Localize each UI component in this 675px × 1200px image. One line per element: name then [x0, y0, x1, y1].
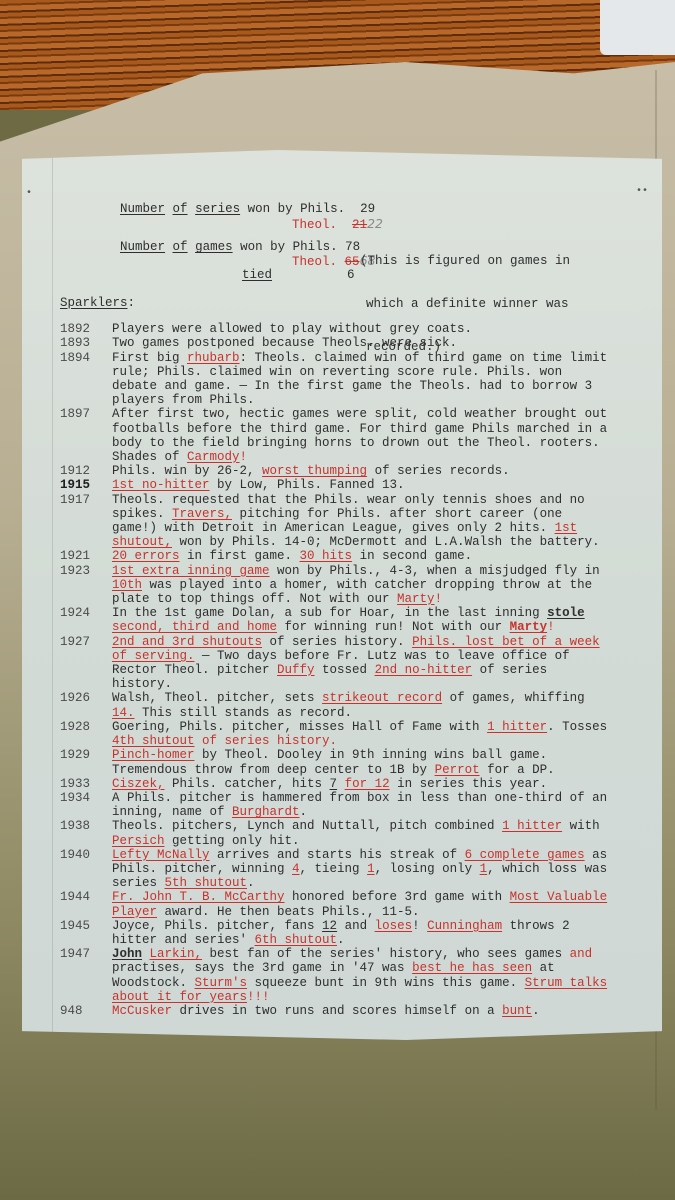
text-run: of games, whiffing — [442, 691, 585, 705]
highlighted-phrase: !!! — [247, 990, 270, 1004]
sparkler-entry: 1947John Larkin, best fan of the series'… — [60, 947, 650, 1004]
entry-year: 1926 — [60, 691, 112, 719]
entry-year: 1947 — [60, 947, 112, 1004]
text-run: . — [532, 1004, 540, 1018]
sparklers-title: Sparklers — [60, 296, 128, 310]
document-content: Number of series won by Phils. 29 Theol.… — [60, 180, 650, 1018]
text-run: practises, says the 3rd game in '47 was — [112, 961, 412, 975]
summary-block: Number of series won by Phils. 29 Theol.… — [60, 180, 650, 290]
sparkler-entry: 1929Pinch-homer by Theol. Dooley in 9th … — [60, 748, 650, 776]
entry-text: In the 1st game Dolan, a sub for Hoar, i… — [112, 606, 612, 634]
entry-year: 1915 — [60, 478, 112, 492]
entry-year: 948 — [60, 1004, 112, 1018]
highlighted-phrase: Travers, — [172, 507, 232, 521]
text-run: in second game. — [352, 549, 472, 563]
highlighted-phrase: Marty — [510, 620, 548, 634]
text-run: and — [337, 919, 375, 933]
highlighted-phrase: Cunningham — [427, 919, 502, 933]
entry-text: 1st extra inning game won by Phils., 4-3… — [112, 564, 612, 607]
highlighted-phrase: 2nd and 3rd shutouts — [112, 635, 262, 649]
text-run: with — [562, 819, 600, 833]
entry-year: 1945 — [60, 919, 112, 947]
sparkler-entry: 19272nd and 3rd shutouts of series histo… — [60, 635, 650, 692]
entry-text: Ciszek, Phils. catcher, hits 7 for 12 in… — [112, 777, 612, 791]
highlighted-phrase: loses — [375, 919, 413, 933]
sparkler-entry: 1940Lefty McNally arrives and starts his… — [60, 848, 650, 891]
entry-text: Theols. pitchers, Lynch and Nuttall, pit… — [112, 819, 612, 847]
entry-text: Lefty McNally arrives and starts his str… — [112, 848, 612, 891]
note-line: which a definite winner was — [360, 297, 570, 311]
entry-year: 1897 — [60, 407, 112, 464]
tied-line: tied 6 — [182, 254, 355, 297]
highlighted-phrase: 6th shutout — [255, 933, 338, 947]
entry-text: After first two, hectic games were split… — [112, 407, 612, 464]
games-note: (This is figured on games in which a def… — [360, 226, 570, 382]
highlighted-phrase: Duffy — [277, 663, 315, 677]
text-run: Walsh, Theol. pitcher, sets — [112, 691, 322, 705]
typed-document-sheet: • •• Number of series won by Phils. 29 T… — [22, 150, 662, 1040]
text-run: . — [300, 805, 308, 819]
highlighted-phrase: 1st extra inning game — [112, 564, 270, 578]
text-run: Phils. win by 26-2, — [112, 464, 262, 478]
highlighted-phrase: Fr. John T. B. McCarthy — [112, 890, 285, 904]
highlighted-phrase: 10th — [112, 578, 142, 592]
entry-year: 1927 — [60, 635, 112, 692]
sparklers-list: 1892Players were allowed to play without… — [60, 322, 650, 1018]
entry-year: 1921 — [60, 549, 112, 563]
text-run: getting only hit. — [165, 834, 300, 848]
text-run — [142, 947, 150, 961]
highlighted-phrase: ! — [240, 450, 248, 464]
entry-year: 1924 — [60, 606, 112, 634]
text-run: squeeze bunt in 9th wins this game. — [247, 976, 525, 990]
text-run: , losing only — [375, 862, 480, 876]
highlighted-phrase: Ciszek, — [112, 777, 165, 791]
text-run: Goering, Phils. pitcher, misses Hall of … — [112, 720, 487, 734]
entry-text: 2nd and 3rd shutouts of series history. … — [112, 635, 612, 692]
sparkler-entry: 1934A Phils. pitcher is hammered from bo… — [60, 791, 650, 819]
entry-text: Fr. John T. B. McCarthy honored before 3… — [112, 890, 612, 918]
sparkler-entry: 1928Goering, Phils. pitcher, misses Hall… — [60, 720, 650, 748]
highlighted-phrase: 20 errors — [112, 549, 180, 563]
entry-year: 1892 — [60, 322, 112, 336]
entry-year: 1944 — [60, 890, 112, 918]
highlighted-phrase: ! — [435, 592, 443, 606]
sparkler-entry: 19231st extra inning game won by Phils.,… — [60, 564, 650, 607]
sparkler-entry: 1912Phils. win by 26-2, worst thumping o… — [60, 464, 650, 478]
highlighted-phrase: ! — [547, 620, 555, 634]
entry-year: 1940 — [60, 848, 112, 891]
highlighted-phrase: and — [570, 947, 593, 961]
text-run: 7 — [330, 777, 338, 791]
entry-text: 1st no-hitter by Low, Phils. Fanned 13. — [112, 478, 612, 492]
sparkler-entry: 1933Ciszek, Phils. catcher, hits 7 for 1… — [60, 777, 650, 791]
entry-year: 1929 — [60, 748, 112, 776]
text-run: A Phils. pitcher is hammered from box in… — [112, 791, 607, 819]
highlighted-phrase: bunt — [502, 1004, 532, 1018]
text-run: award. He then beats Phils., 11-5. — [157, 905, 420, 919]
text-run: tossed — [315, 663, 375, 677]
highlighted-phrase: Marty — [397, 592, 435, 606]
highlighted-phrase: worst thumping — [262, 464, 367, 478]
text-run: best fan of the series' history, who see… — [202, 947, 570, 961]
highlighted-phrase: 4 — [292, 862, 300, 876]
text-run: of series history. — [262, 635, 412, 649]
highlighted-phrase: strikeout record — [322, 691, 442, 705]
games-label-word: Number — [120, 240, 165, 254]
highlighted-phrase: Burghardt — [232, 805, 300, 819]
highlighted-phrase: Sturm's — [195, 976, 248, 990]
highlighted-phrase: of series history. — [195, 734, 338, 748]
entry-text: Joyce, Phils. pitcher, fans 12 and loses… — [112, 919, 612, 947]
text-run: Theols. pitchers, Lynch and Nuttall, pit… — [112, 819, 502, 833]
text-run: In the 1st game Dolan, a sub for Hoar, i… — [112, 606, 547, 620]
sparkler-entry: 1938Theols. pitchers, Lynch and Nuttall,… — [60, 819, 650, 847]
sparkler-entry: 1926Walsh, Theol. pitcher, sets strikeou… — [60, 691, 650, 719]
text-run: was played into a homer, with catcher dr… — [112, 578, 592, 606]
text-run: won by Phils., 4-3, when a misjudged fly… — [270, 564, 600, 578]
sparkler-entry: 1897After first two, hectic games were s… — [60, 407, 650, 464]
desk-paper-corner — [600, 0, 675, 55]
text-run — [337, 777, 345, 791]
entry-year: 1893 — [60, 336, 112, 350]
sparkler-entry: 1917Theols. requested that the Phils. we… — [60, 493, 650, 550]
highlighted-phrase: rhubarb — [187, 351, 240, 365]
text-run: honored before 3rd game with — [285, 890, 510, 904]
text-run: First big — [112, 351, 187, 365]
highlighted-phrase: Larkin, — [150, 947, 203, 961]
entry-year: 1917 — [60, 493, 112, 550]
text-run: This still stands as record. — [135, 706, 353, 720]
sparkler-entry: 948McCusker drives in two runs and score… — [60, 1004, 650, 1018]
paper-mark: • — [26, 188, 32, 199]
highlighted-phrase: 4th shutout — [112, 734, 195, 748]
series-label-word: Number — [120, 202, 165, 216]
entry-year: 1933 — [60, 777, 112, 791]
text-run: for winning run! Not with our — [277, 620, 510, 634]
highlighted-phrase: McCusker — [112, 1004, 172, 1018]
paper-crease — [52, 150, 53, 1040]
note-line: recorded.) — [360, 340, 570, 354]
text-run: 12 — [322, 919, 337, 933]
entry-year: 1934 — [60, 791, 112, 819]
highlighted-phrase: 30 hits — [300, 549, 353, 563]
highlighted-phrase: Lefty McNally — [112, 848, 210, 862]
entry-text: Pinch-homer by Theol. Dooley in 9th inni… — [112, 748, 612, 776]
entry-year: 1912 — [60, 464, 112, 478]
highlighted-phrase: 14. — [112, 706, 135, 720]
games-label-word: games — [195, 240, 233, 254]
text-run: arrives and starts his streak of — [210, 848, 465, 862]
games-label-word: of — [173, 240, 188, 254]
text-run: . Tosses — [547, 720, 607, 734]
series-label-word: of — [173, 202, 188, 216]
text-run: of series records. — [367, 464, 510, 478]
entry-text: 20 errors in first game. 30 hits in seco… — [112, 549, 612, 563]
sparkler-entry: 192120 errors in first game. 30 hits in … — [60, 549, 650, 563]
text-run: Phils. catcher, hits — [165, 777, 330, 791]
text-run: drives in two runs and scores himself on… — [172, 1004, 502, 1018]
text-run: , tieing — [300, 862, 368, 876]
sparkler-entry: 1944Fr. John T. B. McCarthy honored befo… — [60, 890, 650, 918]
entry-text: Theols. requested that the Phils. wear o… — [112, 493, 612, 550]
highlighted-phrase: Carmody — [187, 450, 240, 464]
highlighted-phrase: 6 complete games — [465, 848, 585, 862]
text-run: . — [247, 876, 255, 890]
entry-text: Phils. win by 26-2, worst thumping of se… — [112, 464, 612, 478]
highlighted-phrase: Persich — [112, 834, 165, 848]
highlighted-phrase: 1 — [480, 862, 488, 876]
highlighted-phrase: best he has seen — [412, 961, 532, 975]
entry-year: 1894 — [60, 351, 112, 408]
entry-year: 1928 — [60, 720, 112, 748]
highlighted-phrase: for 12 — [345, 777, 390, 791]
highlighted-phrase: 1 hitter — [502, 819, 562, 833]
highlighted-phrase: 5th shutout — [165, 876, 248, 890]
highlighted-phrase: 1st no-hitter — [112, 478, 210, 492]
entry-text: Goering, Phils. pitcher, misses Hall of … — [112, 720, 612, 748]
text-run: in series this year. — [390, 777, 548, 791]
highlighted-phrase: 1 hitter — [487, 720, 547, 734]
note-line: (This is figured on games in — [360, 254, 570, 268]
sparkler-entry: 19151st no-hitter by Low, Phils. Fanned … — [60, 478, 650, 492]
text-run: John — [112, 947, 142, 961]
text-run: for a DP. — [480, 763, 555, 777]
entry-text: A Phils. pitcher is hammered from box in… — [112, 791, 612, 819]
entry-year: 1923 — [60, 564, 112, 607]
sparkler-entry: 1924In the 1st game Dolan, a sub for Hoa… — [60, 606, 650, 634]
highlighted-phrase: 2nd no-hitter — [375, 663, 473, 677]
text-run: in first game. — [180, 549, 300, 563]
text-run: . — [337, 933, 345, 947]
text-run: stole — [547, 606, 585, 620]
text-run: won by Phils. 14-0; McDermott and L.A.Wa… — [172, 535, 600, 549]
entry-year: 1938 — [60, 819, 112, 847]
text-run: by Low, Phils. Fanned 13. — [210, 478, 405, 492]
highlighted-phrase: Perrot — [435, 763, 480, 777]
entry-text: Walsh, Theol. pitcher, sets strikeout re… — [112, 691, 612, 719]
entry-text: McCusker drives in two runs and scores h… — [112, 1004, 612, 1018]
sparkler-entry: 1945Joyce, Phils. pitcher, fans 12 and l… — [60, 919, 650, 947]
highlighted-phrase: 1 — [367, 862, 375, 876]
text-run: Joyce, Phils. pitcher, fans — [112, 919, 322, 933]
tied-count: 6 — [347, 268, 355, 282]
highlighted-phrase: second, third and home — [112, 620, 277, 634]
highlighted-phrase: Pinch-homer — [112, 748, 195, 762]
entry-text: John Larkin, best fan of the series' his… — [112, 947, 612, 1004]
tied-label: tied — [242, 268, 272, 282]
text-run: ! — [412, 919, 427, 933]
